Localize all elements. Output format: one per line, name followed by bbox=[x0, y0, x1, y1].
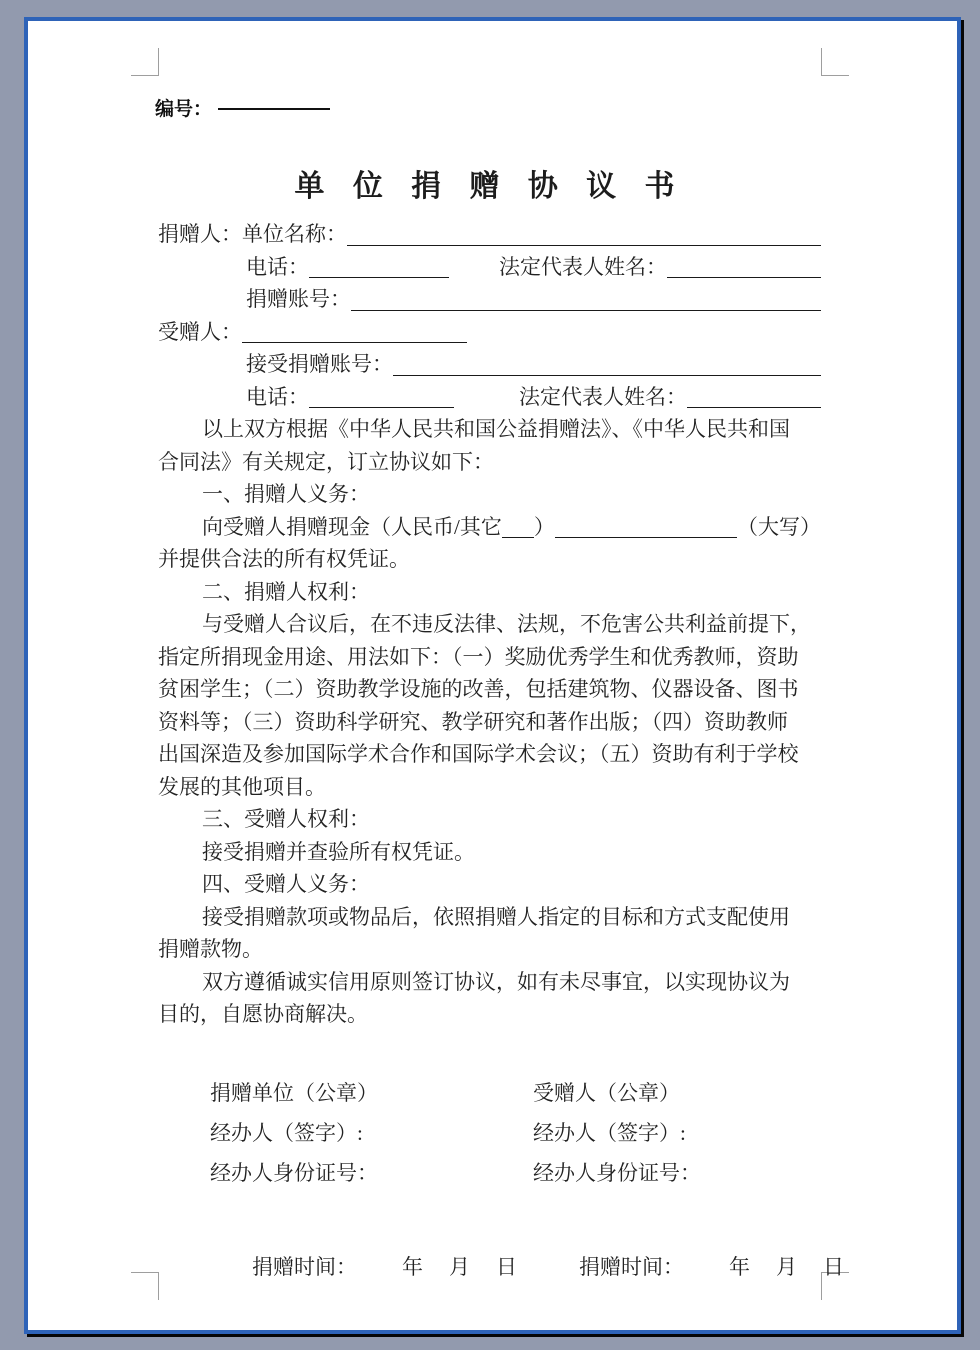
paragraph-line: 接受捐赠款项或物品后，依照捐赠人指定的目标和方式支配使用 bbox=[158, 901, 821, 934]
donor-phone-blank bbox=[309, 251, 449, 279]
capital-amount-label: （大写） bbox=[737, 511, 821, 544]
date-section: 捐赠时间：年月日 捐赠时间：年月日 bbox=[210, 1226, 870, 1306]
body-text: 接受捐赠款项或物品后，依照捐赠人指定的目标和方式支配使用 bbox=[202, 901, 790, 934]
paragraph-line: 目的，自愿协商解决。 bbox=[158, 998, 821, 1031]
donee-legal-rep-blank bbox=[687, 381, 821, 409]
gap-spacer bbox=[454, 381, 519, 414]
donor-label: 捐赠人： bbox=[158, 218, 242, 251]
crop-mark-bottom-left bbox=[131, 1272, 159, 1300]
paragraph-line: 资料等；（三）资助科学研究、教学研究和著作出版；（四）资助教师 bbox=[158, 706, 821, 739]
paragraph-line: 合同法》有关规定，订立协议如下： bbox=[158, 446, 821, 479]
close-paren: ） bbox=[534, 511, 555, 544]
donee-legal-rep-label: 法定代表人姓名： bbox=[519, 381, 687, 414]
donee-year-label: 年 bbox=[729, 1255, 750, 1279]
donor-month-label: 月 bbox=[449, 1255, 470, 1279]
donee-date-label: 捐赠时间： bbox=[579, 1255, 684, 1279]
signature-section: 捐赠单位（公章） 受赠人（公章） 经办人（签字）: 经办人（签字）: 经办人身份… bbox=[210, 1073, 850, 1193]
paragraph-line: 并提供合法的所有权凭证。 bbox=[158, 543, 821, 576]
crop-mark-top-left bbox=[131, 48, 159, 76]
para-indent bbox=[158, 413, 202, 446]
body-text: 双方遵循诚实信用原则签订协议，如有未尽事宜，以实现协议为 bbox=[202, 966, 790, 999]
page-inner: 编号： 单 位 捐 赠 协 议 书 捐赠人：单位名称： 电话：法定代表人姓名： … bbox=[28, 21, 957, 1330]
section-2-heading: 二、捐赠人权利： bbox=[158, 576, 821, 609]
body-text: 出国深造及参加国际学术合作和国际学术会议；（五）资助有利于学校 bbox=[158, 738, 799, 771]
donor-day-label: 日 bbox=[496, 1255, 517, 1279]
donor-legal-rep-label: 法定代表人姓名： bbox=[499, 251, 667, 284]
receive-account-blank bbox=[393, 348, 821, 376]
serial-number-blank bbox=[218, 90, 330, 110]
document-body: 捐赠人：单位名称： 电话：法定代表人姓名： 捐赠账号： 受赠人： 接受捐赠账号：… bbox=[158, 218, 821, 1031]
paragraph-line: 捐赠款物。 bbox=[158, 933, 821, 966]
indent-spacer bbox=[158, 381, 246, 414]
cash-amount-line: 向受赠人捐赠现金（人民币/其它）（大写） bbox=[158, 511, 821, 544]
para-indent bbox=[158, 511, 202, 544]
cash-pre-text: 向受赠人捐赠现金（人民币/其它 bbox=[202, 511, 502, 544]
screenshot-root: { "colors": { "canvas_background": "#929… bbox=[0, 0, 980, 1350]
paragraph-line: 双方遵循诚实信用原则签订协议，如有未尽事宜，以实现协议为 bbox=[158, 966, 821, 999]
para-indent bbox=[158, 478, 202, 511]
section-title: 二、捐赠人权利： bbox=[202, 576, 370, 609]
section-4-heading: 四、受赠人义务： bbox=[158, 868, 821, 901]
field-line-unit-name: 捐赠人：单位名称： bbox=[158, 218, 821, 251]
gap-spacer bbox=[449, 251, 499, 284]
other-currency-blank bbox=[502, 511, 534, 539]
para-indent bbox=[158, 608, 202, 641]
donor-phone-label: 电话： bbox=[246, 251, 309, 284]
paragraph-line: 接受捐赠并查验所有权凭证。 bbox=[158, 836, 821, 869]
donor-date-label: 捐赠时间： bbox=[252, 1255, 357, 1279]
body-text: 资料等；（三）资助科学研究、教学研究和著作出版；（四）资助教师 bbox=[158, 706, 788, 739]
field-line-donee-phone: 电话：法定代表人姓名： bbox=[158, 381, 821, 414]
donation-account-label: 捐赠账号： bbox=[246, 283, 351, 316]
receive-account-label: 接受捐赠账号： bbox=[246, 348, 393, 381]
donee-month-label: 月 bbox=[776, 1255, 797, 1279]
field-line-donee: 受赠人： bbox=[158, 316, 821, 349]
donor-handler-label: 经办人（签字）: bbox=[210, 1113, 533, 1153]
para-indent bbox=[158, 576, 202, 609]
section-3-heading: 三、受赠人权利： bbox=[158, 803, 821, 836]
section-1-heading: 一、捐赠人义务： bbox=[158, 478, 821, 511]
paragraph-line: 发展的其他项目。 bbox=[158, 771, 821, 804]
donee-seal-label: 受赠人（公章） bbox=[533, 1073, 850, 1113]
donor-id-label: 经办人身份证号： bbox=[210, 1153, 533, 1193]
serial-number-row: 编号： bbox=[155, 90, 330, 121]
donee-id-label: 经办人身份证号： bbox=[533, 1153, 850, 1193]
unit-name-blank bbox=[347, 218, 821, 246]
body-text: 捐赠款物。 bbox=[158, 933, 263, 966]
crop-mark-top-right bbox=[821, 48, 849, 76]
body-text: 并提供合法的所有权凭证。 bbox=[158, 543, 410, 576]
seal-row: 捐赠单位（公章） 受赠人（公章） bbox=[210, 1073, 850, 1113]
section-title: 四、受赠人义务： bbox=[202, 868, 370, 901]
donee-phone-blank bbox=[309, 381, 454, 409]
donee-day-label: 日 bbox=[823, 1255, 844, 1279]
section-title: 三、受赠人权利： bbox=[202, 803, 370, 836]
paragraph-line: 出国深造及参加国际学术合作和国际学术会议；（五）资助有利于学校 bbox=[158, 738, 821, 771]
donee-label: 受赠人： bbox=[158, 316, 242, 349]
document-title: 单 位 捐 赠 协 议 书 bbox=[158, 161, 821, 205]
indent-spacer bbox=[158, 283, 246, 316]
unit-name-label: 单位名称： bbox=[242, 218, 347, 251]
field-line-donation-account: 捐赠账号： bbox=[158, 283, 821, 316]
para-indent bbox=[158, 836, 202, 869]
body-text: 指定所捐现金用途、用法如下：（一）奖励优秀学生和优秀教师，资助 bbox=[158, 641, 799, 674]
serial-label: 编号： bbox=[155, 99, 212, 120]
field-line-donor-phone: 电话：法定代表人姓名： bbox=[158, 251, 821, 284]
indent-spacer bbox=[158, 348, 246, 381]
paragraph-line: 以上双方根据《中华人民共和国公益捐赠法》、《中华人民共和国 bbox=[158, 413, 821, 446]
donor-seal-label: 捐赠单位（公章） bbox=[210, 1073, 533, 1113]
para-indent bbox=[158, 868, 202, 901]
body-text: 目的，自愿协商解决。 bbox=[158, 998, 368, 1031]
section-title: 一、捐赠人义务： bbox=[202, 478, 370, 511]
body-text: 接受捐赠并查验所有权凭证。 bbox=[202, 836, 475, 869]
amount-blank bbox=[555, 511, 737, 539]
donee-blank bbox=[242, 316, 467, 344]
handler-row: 经办人（签字）: 经办人（签字）: bbox=[210, 1113, 850, 1153]
para-indent bbox=[158, 803, 202, 836]
paragraph-line: 贫困学生；（二）资助教学设施的改善，包括建筑物、仪器设备、图书 bbox=[158, 673, 821, 706]
document-page[interactable]: 编号： 单 位 捐 赠 协 议 书 捐赠人：单位名称： 电话：法定代表人姓名： … bbox=[24, 17, 961, 1334]
intro-text: 以上双方根据《中华人民共和国公益捐赠法》、《中华人民共和国 bbox=[202, 413, 790, 446]
para-indent bbox=[158, 901, 202, 934]
body-text: 贫困学生；（二）资助教学设施的改善，包括建筑物、仪器设备、图书 bbox=[158, 673, 799, 706]
donor-date-cell: 捐赠时间：年月日 bbox=[210, 1226, 537, 1306]
paragraph-line: 指定所捐现金用途、用法如下：（一）奖励优秀学生和优秀教师，资助 bbox=[158, 641, 821, 674]
donation-account-blank bbox=[351, 283, 821, 311]
donor-legal-rep-blank bbox=[667, 251, 821, 279]
id-row: 经办人身份证号： 经办人身份证号： bbox=[210, 1153, 850, 1193]
body-text: 发展的其他项目。 bbox=[158, 771, 326, 804]
indent-spacer bbox=[158, 251, 246, 284]
donee-date-cell: 捐赠时间：年月日 bbox=[537, 1226, 870, 1306]
donee-phone-label: 电话： bbox=[246, 381, 309, 414]
para-indent bbox=[158, 966, 202, 999]
field-line-receive-account: 接受捐赠账号： bbox=[158, 348, 821, 381]
intro-text: 合同法》有关规定，订立协议如下： bbox=[158, 446, 494, 479]
body-text: 与受赠人合议后，在不违反法律、法规，不危害公共利益前提下， bbox=[202, 608, 811, 641]
paragraph-line: 与受赠人合议后，在不违反法律、法规，不危害公共利益前提下， bbox=[158, 608, 821, 641]
donee-handler-label: 经办人（签字）: bbox=[533, 1113, 850, 1153]
donor-year-label: 年 bbox=[402, 1255, 423, 1279]
